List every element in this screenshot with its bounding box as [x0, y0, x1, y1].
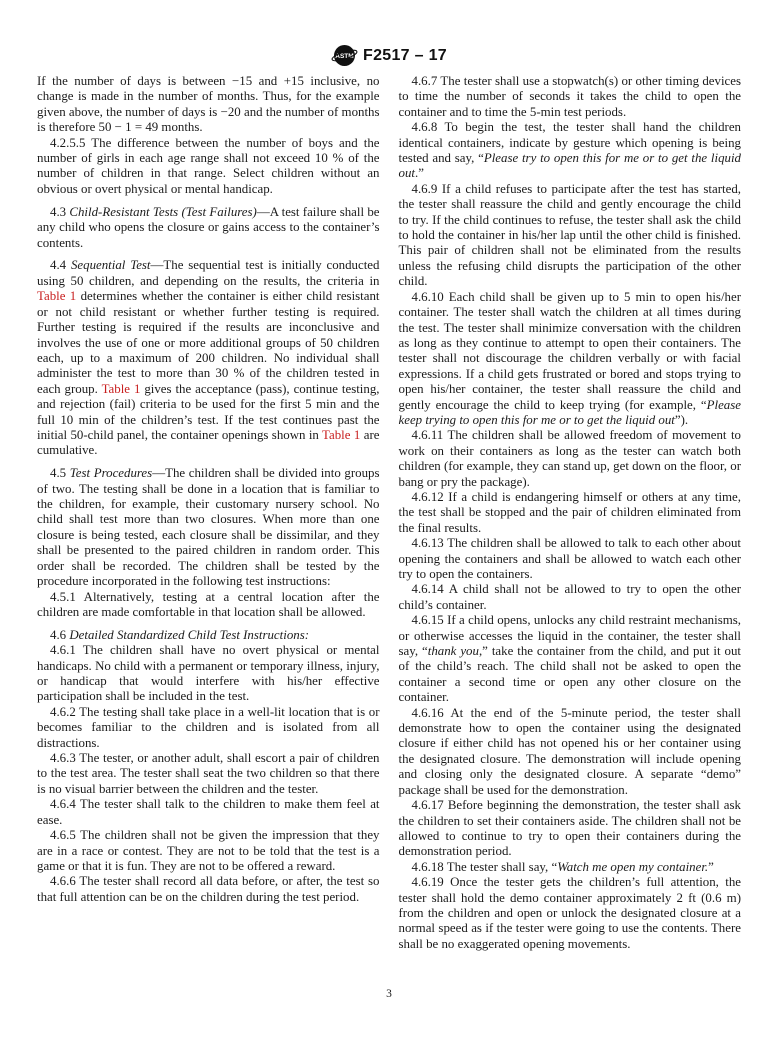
text-run: 4.6.9 If a child refuses to participate …: [399, 182, 742, 288]
para-4-6-8: 4.6.8 To begin the test, the tester shal…: [399, 120, 742, 182]
text-run: determines whether the container is eith…: [37, 289, 380, 395]
para-4-6-2: 4.6.2 The testing shall take place in a …: [37, 705, 380, 751]
text-run: —The children shall be divided into grou…: [37, 466, 380, 588]
para-4-6-9: 4.6.9 If a child refuses to participate …: [399, 182, 742, 290]
para-4-6-7: 4.6.7 The tester shall use a stopwatch(s…: [399, 74, 742, 120]
text-run: 4.6.10 Each child shall be given up to 5…: [399, 290, 742, 412]
table-1-link[interactable]: Table 1: [102, 382, 141, 396]
table-1-link[interactable]: Table 1: [37, 289, 76, 303]
para-4-6-3: 4.6.3 The tester, or another adult, shal…: [37, 751, 380, 797]
text-run: 4.6.4 The tester shall talk to the child…: [37, 797, 380, 826]
para-4-5-1: 4.5.1 Alternatively, testing at a centra…: [37, 590, 380, 621]
para-continuation: If the number of days is between −15 and…: [37, 74, 380, 136]
para-4-6-11: 4.6.11 The children shall be allowed fre…: [399, 428, 742, 490]
para-4-6-14: 4.6.14 A child shall not be allowed to t…: [399, 582, 742, 613]
italic-run: Detailed Standardized Child Test Instruc…: [69, 628, 309, 642]
italic-run: Watch me open my container.: [557, 860, 708, 874]
italic-run: thank you: [428, 644, 479, 658]
para-4-6-4: 4.6.4 The tester shall talk to the child…: [37, 797, 380, 828]
text-run: 4.6.1 The children shall have no overt p…: [37, 643, 380, 703]
text-run: 4.6.19 Once the tester gets the children…: [399, 875, 742, 951]
text-run: 4.6.12 If a child is endangering himself…: [399, 490, 742, 535]
text-run: 4.3: [50, 205, 69, 219]
text-run: ”).: [675, 413, 688, 427]
text-run: 4.6.3 The tester, or another adult, shal…: [37, 751, 380, 796]
text-run: ”: [708, 860, 714, 874]
italic-run: Child-Resistant Tests (Test Failures): [69, 205, 256, 219]
para-4-6-12: 4.6.12 If a child is endangering himself…: [399, 490, 742, 536]
text-run: 4.6: [50, 628, 69, 642]
para-4-6-6: 4.6.6 The tester shall record all data b…: [37, 874, 380, 905]
para-4-6-17: 4.6.17 Before beginning the demonstratio…: [399, 798, 742, 860]
page-footer: 3: [0, 988, 778, 1000]
para-4-6-18: 4.6.18 The tester shall say, “Watch me o…: [399, 860, 742, 875]
para-4-2-5-5: 4.2.5.5 The difference between the numbe…: [37, 136, 380, 198]
para-4-6-10: 4.6.10 Each child shall be given up to 5…: [399, 290, 742, 429]
left-column: If the number of days is between −15 and…: [37, 74, 380, 952]
text-run: If the number of days is between −15 and…: [37, 74, 380, 134]
body-columns: If the number of days is between −15 and…: [37, 74, 741, 952]
para-4-6-15: 4.6.15 If a child opens, unlocks any chi…: [399, 613, 742, 705]
text-run: .”: [415, 166, 424, 180]
para-4-5: 4.5 Test Procedures—The children shall b…: [37, 466, 380, 589]
para-4-6-16: 4.6.16 At the end of the 5-minute period…: [399, 706, 742, 798]
right-column: 4.6.7 The tester shall use a stopwatch(s…: [399, 74, 742, 952]
text-run: 4.6.16 At the end of the 5-minute period…: [399, 706, 742, 797]
para-4-6-5: 4.6.5 The children shall not be given th…: [37, 828, 380, 874]
text-run: 4.6.2 The testing shall take place in a …: [37, 705, 380, 750]
italic-run: Sequential Test: [71, 258, 151, 272]
text-run: 4.6.11 The children shall be allowed fre…: [399, 428, 742, 488]
doc-code: F2517 – 17: [363, 47, 447, 65]
text-run: 4.6.5 The children shall not be given th…: [37, 828, 380, 873]
para-4-6: 4.6 Detailed Standardized Child Test Ins…: [37, 628, 380, 643]
astm-logo-icon: ASTM: [331, 42, 358, 69]
text-run: 4.6.7 The tester shall use a stopwatch(s…: [399, 74, 742, 119]
para-4-6-19: 4.6.19 Once the tester gets the children…: [399, 875, 742, 952]
document-page: ASTM F2517 – 17 If the number of days is…: [0, 0, 778, 1041]
text-run: 4.6.18 The tester shall say, “: [412, 860, 558, 874]
text-run: 4.4: [50, 258, 71, 272]
text-run: 4.6.6 The tester shall record all data b…: [37, 874, 380, 903]
text-run: 4.2.5.5 The difference between the numbe…: [37, 136, 380, 196]
page-header: ASTM F2517 – 17: [0, 42, 778, 69]
italic-run: Test Procedures: [70, 466, 152, 480]
para-4-6-13: 4.6.13 The children shall be allowed to …: [399, 536, 742, 582]
text-run: 4.6.13 The children shall be allowed to …: [399, 536, 742, 581]
text-run: 4.5: [50, 466, 70, 480]
page-number: 3: [386, 988, 392, 1000]
text-run: 4.6.14 A child shall not be allowed to t…: [399, 582, 742, 611]
text-run: 4.6.17 Before beginning the demonstratio…: [399, 798, 742, 858]
para-4-3: 4.3 Child-Resistant Tests (Test Failures…: [37, 205, 380, 251]
text-run: 4.5.1 Alternatively, testing at a centra…: [37, 590, 380, 619]
table-1-link[interactable]: Table 1: [322, 428, 360, 442]
para-4-6-1: 4.6.1 The children shall have no overt p…: [37, 643, 380, 705]
para-4-4: 4.4 Sequential Test—The sequential test …: [37, 258, 380, 458]
